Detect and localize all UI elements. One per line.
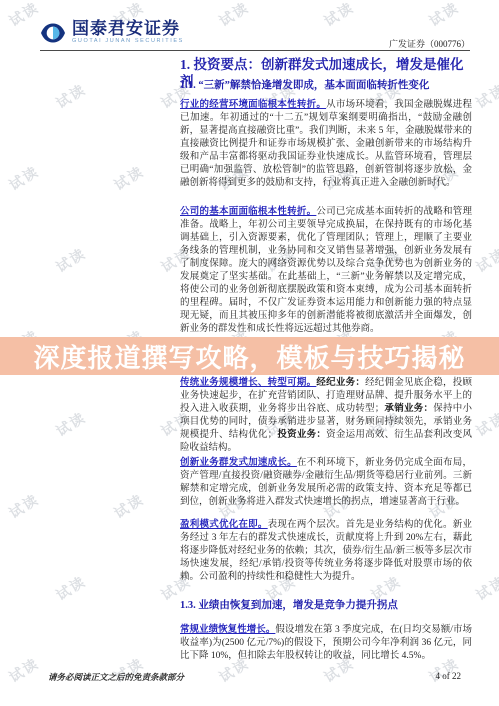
paragraph-lead: 行业的经营环境面临根本性转折。 — [180, 100, 326, 110]
report-page: 试读试读试读试读试读试读试读试读试读试读试读试读试读试读试读试读试读试读试读试读… — [0, 0, 499, 706]
trial-watermark: 试读 — [472, 79, 499, 113]
paragraph-lead: 盈利模式优化在即。 — [180, 520, 268, 530]
paragraph-company-fundamentals: 公司的基本面面临根本性转折。公司已完成基本面转折的战略和管理准备。战略上，年初公… — [180, 206, 472, 336]
brand: 国泰君安证券 GUOTAI JUNAN SECURITIES — [40, 20, 184, 45]
trial-watermark: 试读 — [472, 243, 499, 277]
paragraph-innovation-growth: 创新业务群发式加速成长。在不利环境下，新业务仍完成全面布局，资产管理/直接投资/… — [180, 457, 472, 509]
trial-watermark: 试读 — [5, 161, 43, 195]
paragraph-earnings-recovery: 常规业绩恢复性增长。假设增发在第 3 季度完成，在(日均交易额/市场收益率)为(… — [180, 624, 472, 663]
trial-watermark: 试读 — [215, 0, 253, 31]
trial-watermark: 试读 — [52, 571, 90, 605]
brand-subtitle: GUOTAI JUNAN SECURITIES — [72, 38, 184, 45]
subsection-title-1-3: 1.3. 业绩由恢复到加速，增发是竞争力提升拐点 — [180, 599, 472, 613]
guotai-junan-logo-icon — [40, 21, 66, 45]
subsection-title-1-1: 1.1. “三新”解禁恰逢增发即成，基本面面临转折性变化 — [180, 79, 472, 93]
paragraph-lead: 常规业绩恢复性增长。 — [180, 625, 275, 635]
paragraph-lead: 创新业务群发式加速成长。 — [180, 458, 297, 468]
brand-name: 国泰君安证券 — [72, 20, 184, 38]
promo-banner: 深度报道撰写攻略，模板与技巧揭秘 — [0, 337, 499, 375]
paragraph-traditional-business: 传统业务规模增长、转型可期。经纪业务：经纪佣金见底企稳，投顾业务快速起步，在扩充… — [180, 377, 472, 455]
trial-watermark: 试读 — [472, 407, 499, 441]
paragraph-profit-model: 盈利模式优化在即。表现在两个层次。首先是业务结构的优化。新业务经过 3 年左右的… — [180, 519, 472, 584]
inline-term-brokerage: 经纪业务： — [316, 378, 365, 388]
trial-watermark: 试读 — [5, 489, 43, 523]
trial-watermark: 试读 — [110, 489, 148, 523]
brand-text: 国泰君安证券 GUOTAI JUNAN SECURITIES — [72, 20, 184, 45]
header-rule — [40, 50, 470, 51]
paragraph-lead: 公司的基本面面临根本性转折。 — [180, 207, 316, 217]
trial-watermark: 试读 — [320, 0, 358, 31]
footer-disclaimer: 请务必阅读正文之后的免责条款部分 — [48, 671, 184, 683]
trial-watermark: 试读 — [52, 243, 90, 277]
trial-watermark: 试读 — [425, 0, 463, 31]
trial-watermark: 试读 — [110, 161, 148, 195]
paragraph-industry-environment: 行业的经营环境面临根本性转折。从市场环境看，我国金融脱媒进程已加速。年初通过的“… — [180, 99, 472, 190]
paragraph-text: 从市场环境看，我国金融脱媒进程已加速。年初通过的“十二五”规划草案纲要明确指出，… — [180, 100, 472, 188]
trial-watermark: 试读 — [52, 407, 90, 441]
paragraph-text: 公司已完成基本面转折的战略和管理准备。战略上，年初公司主要领导完成换届，在保持既… — [180, 207, 472, 334]
inline-term-investment: 投资业务： — [277, 430, 326, 440]
trial-watermark: 试读 — [5, 653, 43, 687]
footer-page-number: 4 of 22 — [436, 671, 462, 681]
trial-watermark: 试读 — [52, 79, 90, 113]
doc-ref: 广发证券（000776） — [389, 37, 470, 50]
promo-banner-text: 深度报道撰写攻略，模板与技巧揭秘 — [33, 338, 465, 375]
trial-watermark: 试读 — [472, 571, 499, 605]
paragraph-lead: 传统业务规模增长、转型可期。 — [180, 378, 316, 388]
inline-term-underwriting: 承销业务： — [384, 404, 433, 414]
trial-watermark: 试读 — [5, 0, 43, 31]
